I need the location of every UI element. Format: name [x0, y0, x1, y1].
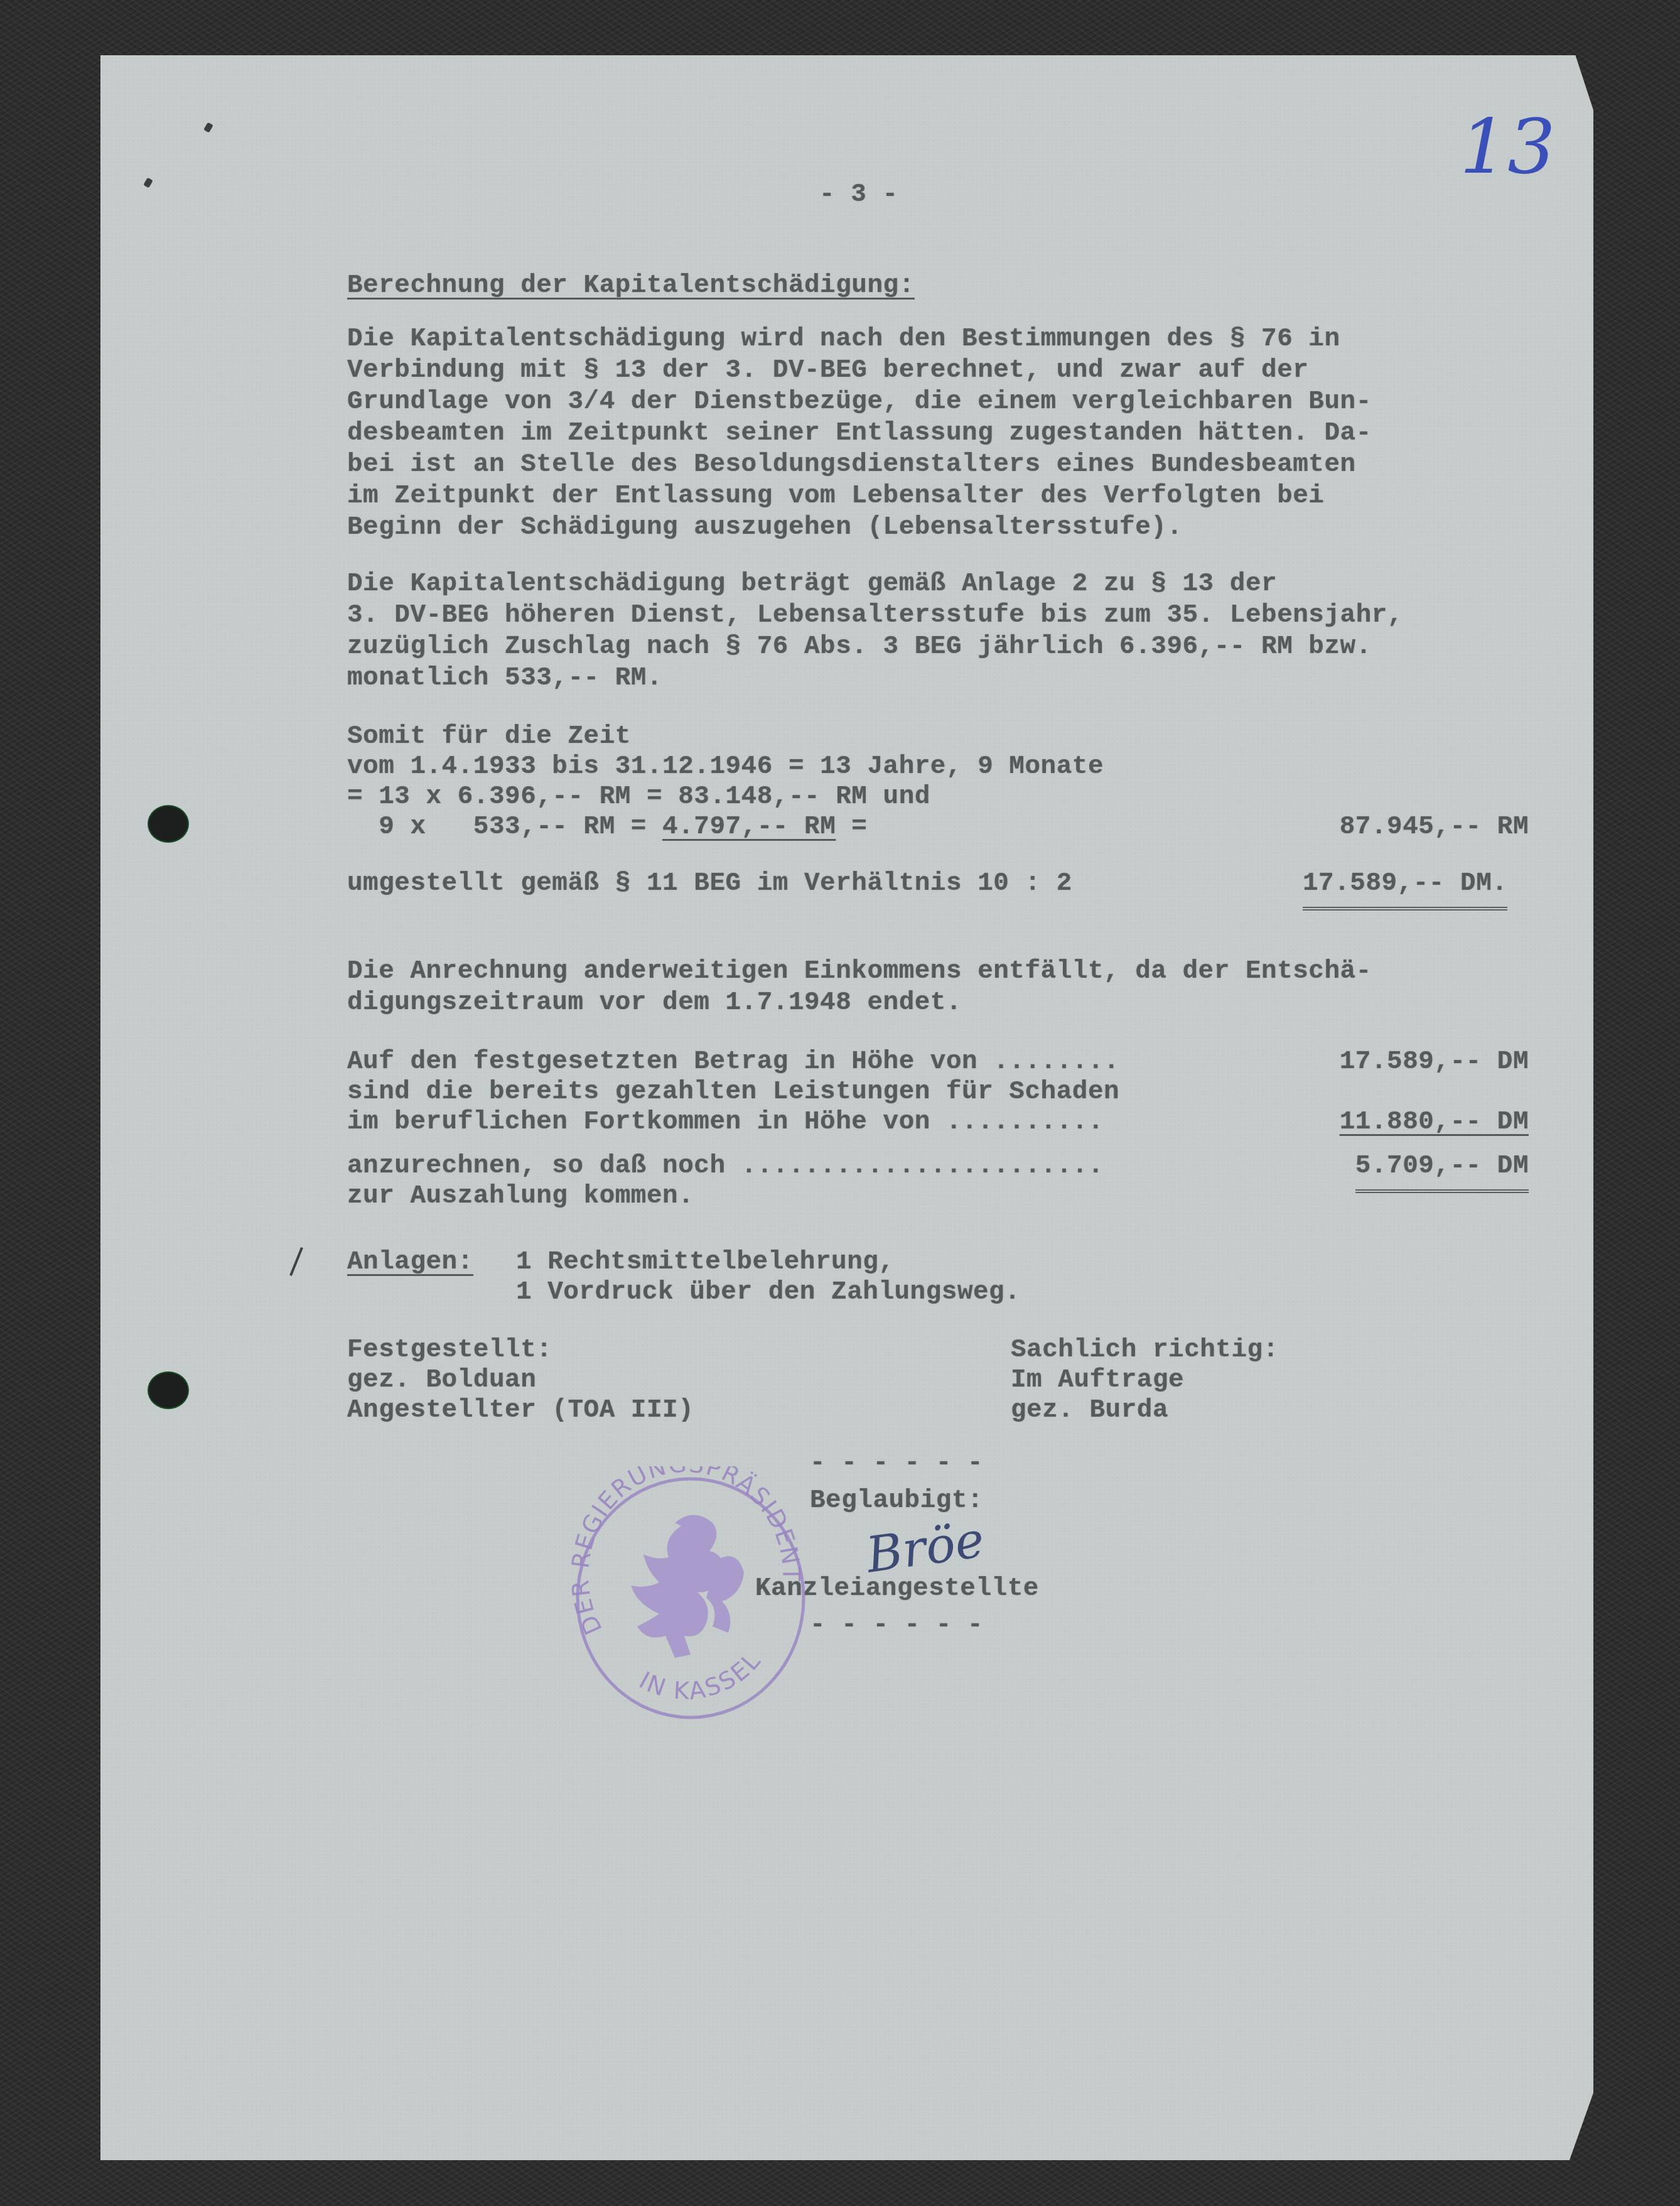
calc-line-years: = 13 x 6.396,-- RM = 83.148,-- RM und [347, 781, 930, 813]
calc-line-intro: Somit für die Zeit [347, 721, 631, 752]
calc-months-suffix: = [836, 813, 867, 841]
settlement-amount-remaining-value: 5.709,-- DM [1355, 1152, 1529, 1193]
text-line: monatlich 533,-- RM. [347, 662, 1403, 694]
text-line: Die Kapitalentschädigung beträgt gemäß A… [347, 568, 1403, 600]
settlement-amount-fixed: 17.589,-- DM [1303, 1046, 1529, 1078]
text-line: Die Anrechnung anderweitigen Einkommens … [347, 956, 1372, 987]
page-number: - 3 - [819, 179, 898, 210]
calc-months-prefix: 9 x 533,-- RM = [347, 813, 662, 841]
total-dm-value: 17.589,-- DM. [1303, 869, 1507, 911]
paragraph-calculation-basis: Die Kapitalentschädigung wird nach den B… [347, 323, 1372, 543]
signature-left-title: Angestellter (TOA III) [347, 1395, 694, 1426]
settlement-line-3: im beruflichen Fortkommen in Höhe von ..… [347, 1106, 1104, 1138]
official-stamp: DER REGIERUNGSPRÄSIDENT IN KASSEL [565, 1466, 816, 1730]
settlement-amount-paid: 11.880,-- DM [1303, 1106, 1529, 1138]
signature-right-name: gez. Burda [1011, 1395, 1168, 1426]
stamp-text-bottom: IN KASSEL [635, 1646, 767, 1705]
text-line: Beginn der Schädigung auszugehen (Lebens… [347, 512, 1372, 543]
calc-line-period: vom 1.4.1933 bis 31.12.1946 = 13 Jahre, … [347, 751, 1104, 782]
attachments-label: Anlagen: [347, 1246, 473, 1278]
calc-line-months: 9 x 533,-- RM = 4.797,-- RM = [347, 811, 867, 843]
section-heading: Berechnung der Kapitalentschädigung: [347, 270, 915, 301]
text-line: Grundlage von 3/4 der Dienstbezüge, die … [347, 386, 1372, 418]
signature-left-label: Festgestellt: [347, 1334, 552, 1366]
calc-months-subtotal: 4.797,-- RM [662, 813, 836, 841]
signature-right-label: Sachlich richtig: [1011, 1334, 1279, 1366]
punch-hole-upper [149, 806, 188, 841]
signature-left-name: gez. Bolduan [347, 1365, 536, 1396]
certification-dashes-top: - - - - - - [810, 1447, 983, 1479]
text-line: digungszeitraum vor dem 1.7.1948 endet. [347, 987, 1372, 1019]
paragraph-compensation-rate: Die Kapitalentschädigung beträgt gemäß A… [347, 568, 1403, 694]
conversion-label: umgestellt gemäß § 11 BEG im Verhältnis … [347, 868, 1072, 899]
certification-dashes-bottom: - - - - - - [810, 1609, 983, 1641]
attachment-item: 1 Rechtsmittelbelehrung, [516, 1246, 895, 1278]
certification-label: Beglaubigt: [810, 1485, 983, 1517]
paragraph-income-offset: Die Anrechnung anderweitigen Einkommens … [347, 956, 1372, 1019]
text-line: Verbindung mit § 13 der 3. DV-BEG berech… [347, 355, 1372, 386]
lion-emblem-icon [631, 1515, 744, 1658]
punch-hole-lower [149, 1373, 188, 1408]
settlement-amount-remaining: 5.709,-- DM [1303, 1150, 1529, 1182]
text-line: 3. DV-BEG höheren Dienst, Lebensaltersst… [347, 600, 1403, 631]
settlement-line-1: Auf den festgesetzten Betrag in Höhe von… [347, 1046, 1119, 1078]
attachment-item: 1 Vordruck über den Zahlungsweg. [516, 1277, 1020, 1308]
text-line: im Zeitpunkt der Entlassung vom Lebensal… [347, 480, 1372, 512]
text-line: desbeamten im Zeitpunkt seiner Entlassun… [347, 418, 1372, 449]
settlement-line-2: sind die bereits gezahlten Leistungen fü… [347, 1076, 1119, 1108]
settlement-line-4: anzurechnen, so daß noch ...............… [347, 1150, 1104, 1182]
folio-number-handwritten: 13 [1460, 107, 1556, 188]
text-line: Die Kapitalentschädigung wird nach den B… [347, 323, 1372, 355]
svg-text:IN KASSEL: IN KASSEL [635, 1646, 767, 1705]
total-dm: 17.589,-- DM. [1303, 868, 1538, 899]
settlement-line-5: zur Auszahlung kommen. [347, 1181, 694, 1212]
text-line: bei ist an Stelle des Besoldungsdienstal… [347, 449, 1372, 480]
text-line: zuzüglich Zuschlag nach § 76 Abs. 3 BEG … [347, 631, 1403, 662]
signature-right-authority: Im Auftrage [1011, 1365, 1184, 1396]
total-rm: 87.945,-- RM [1303, 811, 1529, 843]
